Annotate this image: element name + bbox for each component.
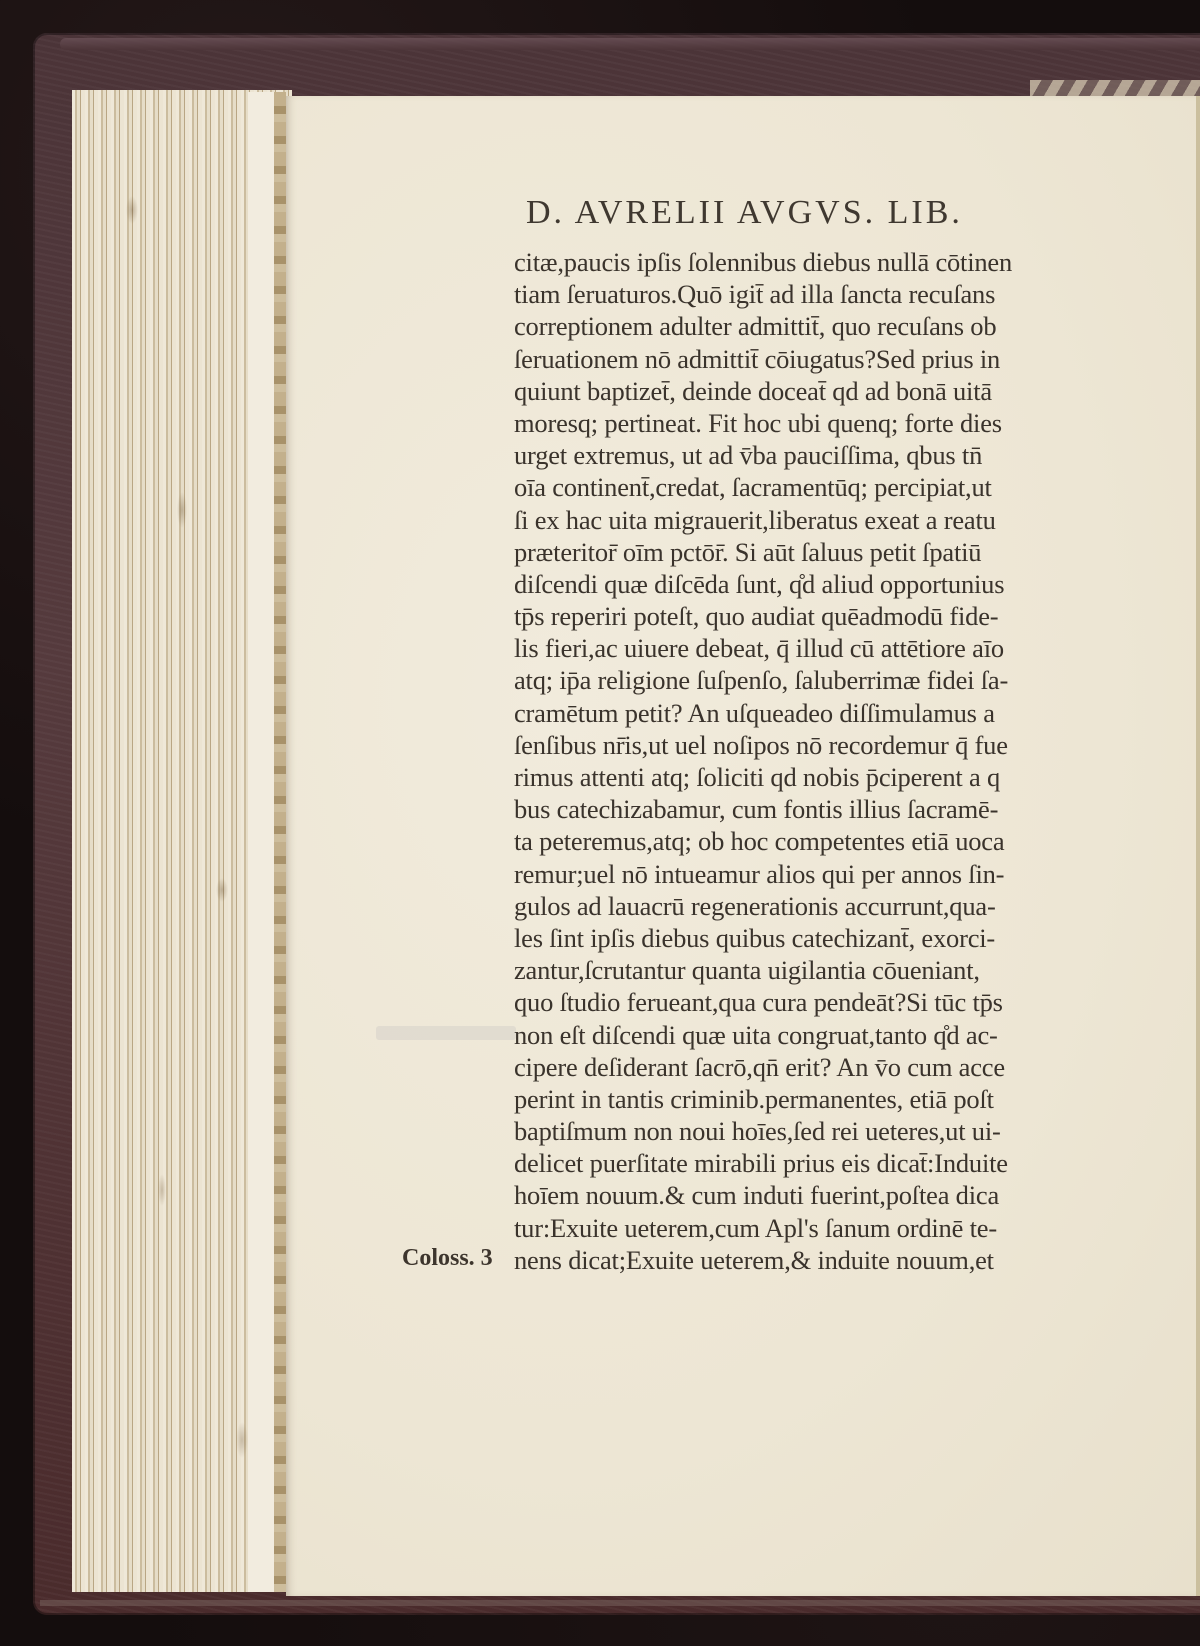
text-line: diſcendi quæ diſcēda ſunt, q̊d aliud opp… [514, 568, 1194, 600]
text-line: cramētum petit? An uſqueadeo diſſimulamu… [514, 697, 1194, 729]
text-line: perint in tantis criminib.permanentes, e… [514, 1083, 1194, 1115]
binding-top-ridge [60, 38, 1200, 50]
body-text: citæ,paucis ipſis ſolennibus diebus null… [514, 246, 1194, 1276]
headband [1030, 80, 1200, 96]
page-gutter-edge [1196, 96, 1200, 1596]
text-line: quo ſtudio ferueant,qua cura pendeāt?Si … [514, 986, 1194, 1018]
text-line: les ſint ipſis diebus quibus catechizant… [514, 922, 1194, 954]
text-line: ta peteremus,atq; ob hoc competentes eti… [514, 825, 1194, 857]
marginal-note: Coloss. 3 [402, 1245, 493, 1272]
text-line: tp̄s reperiri poteſt, quo audiat quēadmo… [514, 600, 1194, 632]
text-line: ſi ex hac uita migrauerit,liberatus exea… [514, 504, 1194, 536]
page-stack-light-band [248, 92, 274, 1592]
book-page: D. AVRELII AVGVS. LIB. citæ,paucis ipſis… [286, 96, 1200, 1596]
text-line: non eſt diſcendi quæ uita congruat,tanto… [514, 1019, 1194, 1051]
text-line: baptiſmum non noui hoīes,ſed rei ueteres… [514, 1115, 1194, 1147]
text-line: correptionem adulter admittit̄, quo recu… [514, 310, 1194, 342]
text-line: delicet puerſitate mirabili prius eis di… [514, 1147, 1194, 1179]
text-line: ſeruationem nō admittit̄ cōiugatus?Sed p… [514, 343, 1194, 375]
text-line: moresq; pertineat. Fit hoc ubi quenq; fo… [514, 407, 1194, 439]
text-line: zantur,ſcrutantur quanta uigilantia cōue… [514, 954, 1194, 986]
text-line: gulos ad lauacrū regenerationis accurrun… [514, 890, 1194, 922]
text-line: hoīem nouum.& cum induti fuerint,poſtea … [514, 1179, 1194, 1211]
text-line: atq; ip̄a religione ſuſpenſo, ſaluberrim… [514, 664, 1194, 696]
text-line: quiunt baptizet̄, deinde doceat̄ qd ad b… [514, 375, 1194, 407]
text-line: cipere deſiderant ſacrō,qn̄ erit? An v̄o… [514, 1051, 1194, 1083]
ink-showthrough [376, 1026, 516, 1040]
text-line: tur:Exuite ueterem,cum Apl's ſanum ordin… [514, 1212, 1194, 1244]
text-line: nens dicat;Exuite ueterem,& induite nouu… [514, 1244, 1194, 1276]
running-head: D. AVRELII AVGVS. LIB. [526, 194, 963, 232]
binding-bottom-ridge [40, 1600, 1200, 1606]
text-line: oīa continent̄,credat, ſacramentūq; perc… [514, 471, 1194, 503]
text-line: citæ,paucis ipſis ſolennibus diebus null… [514, 246, 1194, 278]
text-line: tiam ſeruaturos.Quō igit̄ ad illa ſancta… [514, 278, 1194, 310]
text-line: lis fieri,ac uiuere debeat, q̄ illud cū … [514, 632, 1194, 664]
text-line: ſenſibus nr̄is,ut uel noſipos nō recorde… [514, 729, 1194, 761]
text-line: remur;uel nō intueamur alios qui per ann… [514, 858, 1194, 890]
text-line: præteritor̄ oīm pctōr̄. Si aūt ſaluus pe… [514, 536, 1194, 568]
text-line: bus catechizabamur, cum fontis illius ſa… [514, 793, 1194, 825]
text-line: urget extremus, ut ad v̄ba pauciſſima, q… [514, 439, 1194, 471]
page-stack-stained-band [274, 92, 286, 1592]
text-line: rimus attenti atq; ſoliciti qd nobis p̄c… [514, 761, 1194, 793]
